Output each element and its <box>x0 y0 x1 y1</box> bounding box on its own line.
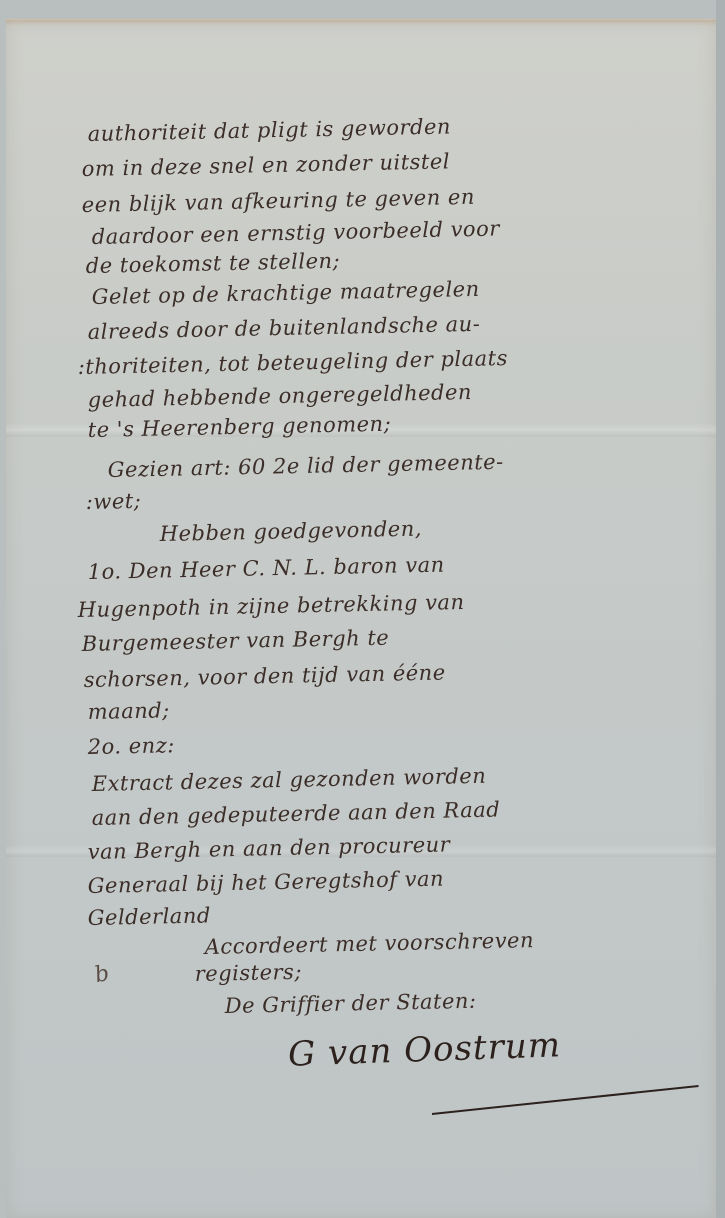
text-line: 2o. enz: <box>87 733 175 759</box>
text-line: Gelderland <box>87 903 211 930</box>
page-edge <box>716 0 725 1218</box>
text-line: maand; <box>87 698 169 724</box>
text-line: :wet; <box>85 489 141 514</box>
closing-line: registers; <box>194 960 302 986</box>
